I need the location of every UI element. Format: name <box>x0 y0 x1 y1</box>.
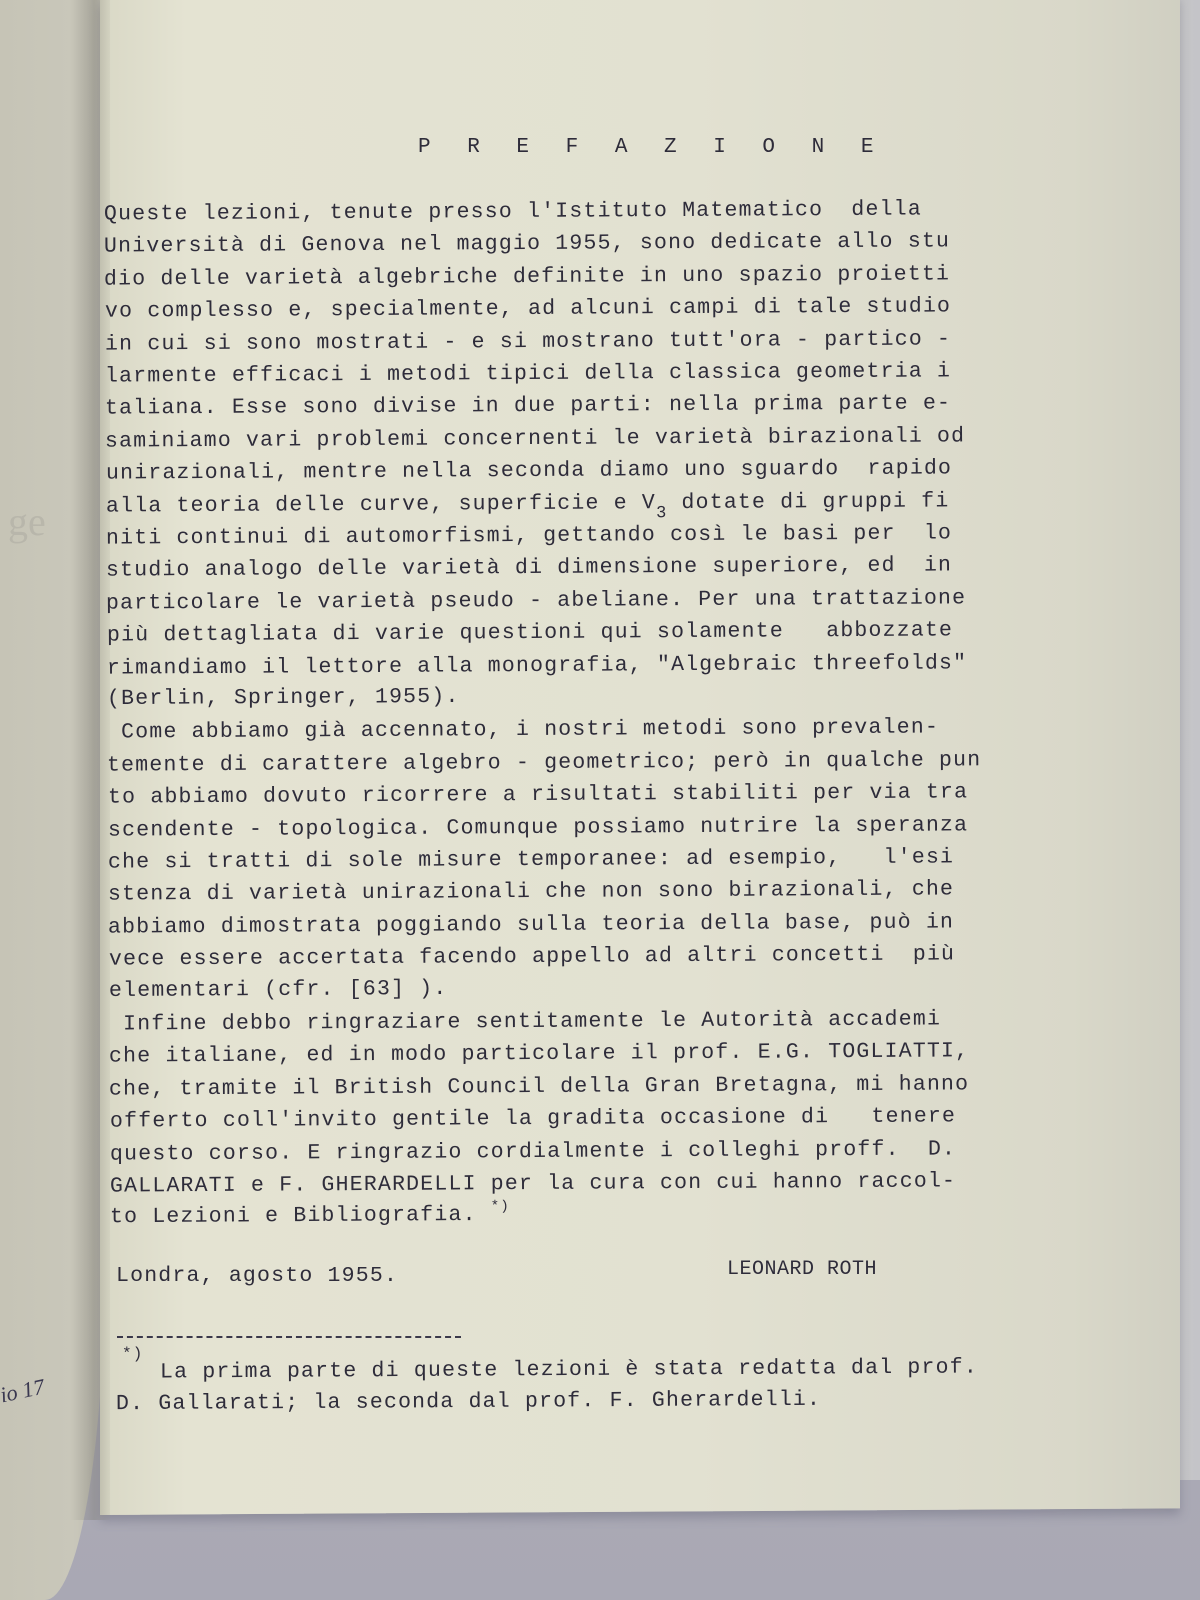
text-line: questo corso. E ringrazio cordialmente i… <box>110 1139 956 1166</box>
text-line: Come abbiamo già accennato, i nostri met… <box>107 718 939 745</box>
text-line: dio delle varietà algebriche definite in… <box>104 264 950 291</box>
text-line: che, tramite il British Council della Gr… <box>109 1074 969 1101</box>
text-line: larmente efficaci i metodi tipici della … <box>105 361 951 388</box>
text-line: niti continui di automorfismi, gettando … <box>106 523 952 550</box>
text-line: saminiamo vari problemi concernenti le v… <box>105 426 965 453</box>
text-line: studio analogo delle varietà di dimensio… <box>106 556 952 583</box>
text-line: temente di carattere algebro - geometric… <box>107 750 981 777</box>
author-signature: LEONARD ROTH <box>727 1258 877 1281</box>
footnote-line: D. Gallarati; la seconda dal prof. F. Gh… <box>116 1390 821 1416</box>
text-line: Queste lezioni, tenute presso l'Istituto… <box>104 200 922 226</box>
footnote-rule <box>117 1336 461 1338</box>
text-line: vece essere accertata facendo appello ad… <box>109 945 955 972</box>
text-line: che italiane, ed in modo particolare il … <box>109 1042 969 1069</box>
text-line: unirazionali, mentre nella seconda diamo… <box>106 459 952 486</box>
text-line: scendente - topologica. Comunque possiam… <box>108 815 968 842</box>
text-line: particolare le varietà pseudo - abeliane… <box>106 588 966 615</box>
text-line: rimandiamo il lettore alla monografia, "… <box>107 653 967 680</box>
text-line: abbiamo dimostrata poggiando sulla teori… <box>108 912 954 939</box>
text-line: stenza di varietà unirazionali che non s… <box>108 880 954 907</box>
text-line: vo complesso e, specialmente, ad alcuni … <box>105 297 951 324</box>
text-line: in cui si sono mostrati - e si mostrano … <box>105 329 951 356</box>
text-line: to abbiamo dovuto ricorrere a risultati … <box>108 783 968 810</box>
place-date: Londra, agosto 1955. <box>116 1266 398 1288</box>
text-line: più dettagliata di varie questioni qui s… <box>107 621 953 648</box>
page-text: P R E F A Z I O N E Queste lezioni, tenu… <box>0 0 1200 1600</box>
text-line: Infine debbo ringraziare sentitamente le… <box>109 1009 941 1036</box>
text-line: Università di Genova nel maggio 1955, so… <box>104 232 950 259</box>
text-line: GALLARATI e F. GHERARDELLI per la cura c… <box>110 1171 956 1198</box>
page-title: P R E F A Z I O N E <box>418 136 885 159</box>
text-line: to Lezioni e Bibliografia. *) <box>110 1205 510 1229</box>
text-line: alla teoria delle curve, superficie e V3… <box>106 491 950 518</box>
text-line: taliana. Esse sono divise in due parti: … <box>105 394 951 421</box>
text-line: offerto coll'invito gentile la gradita o… <box>110 1107 956 1134</box>
text-line: (Berlin, Springer, 1955). <box>107 687 460 711</box>
footnote-marker: *) <box>122 1346 144 1362</box>
text-line: che si tratti di sole misure temporanee:… <box>108 847 954 874</box>
text-line: elementari (cfr. [63] ). <box>109 979 448 1003</box>
footnote-line: La prima parte di queste lezioni è stata… <box>160 1358 978 1384</box>
